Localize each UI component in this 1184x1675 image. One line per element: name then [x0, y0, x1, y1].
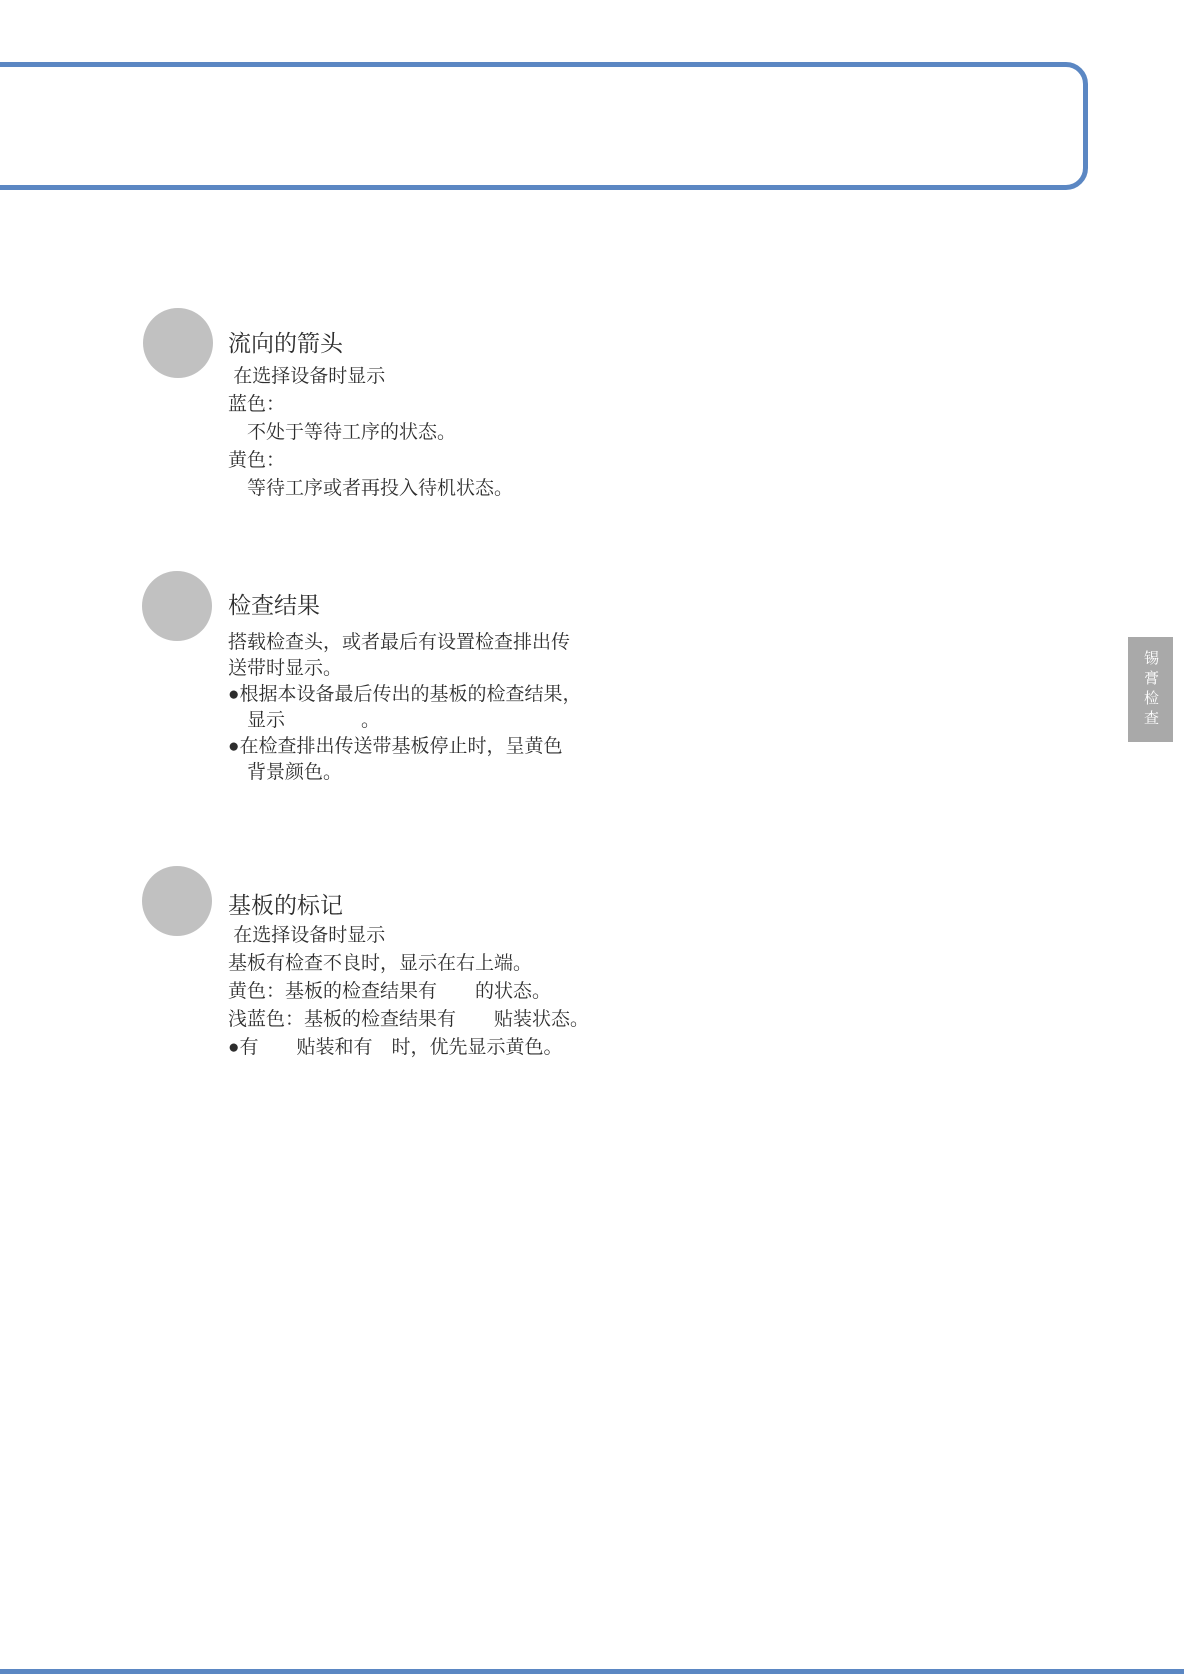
- text-line: ●根据本设备最后传出的基板的检查结果，: [228, 682, 581, 708]
- text-line: 送带时显示。: [228, 656, 581, 682]
- section-body: 搭载检查头，或者最后有设置检查排出传 送带时显示。 ●根据本设备最后传出的基板的…: [228, 630, 581, 786]
- text-line: 等待工序或者再投入待机状态。: [228, 475, 513, 503]
- text-line: 蓝色：: [228, 391, 513, 419]
- text-line: 不处于等待工序的状态。: [228, 419, 513, 447]
- chapter-tab-label: 锡膏检查: [1140, 650, 1161, 730]
- chapter-tab-solder-paste-inspection: 锡膏检查: [1128, 637, 1173, 742]
- text-line: 黄色：基板的检查结果有 的状态。: [228, 978, 589, 1006]
- section-title: 检查结果: [228, 592, 320, 618]
- text-line: 搭载检查头，或者最后有设置检查排出传: [228, 630, 581, 656]
- section-title: 流向的箭头: [228, 330, 343, 356]
- header-callout-box: [0, 62, 1088, 190]
- manual-page: 流向的箭头 在选择设备时显示 蓝色： 不处于等待工序的状态。 黄色： 等待工序或…: [0, 0, 1184, 1675]
- section-body: 在选择设备时显示 基板有检查不良时，显示在右上端。 黄色：基板的检查结果有 的状…: [228, 922, 589, 1062]
- section-number-circle: [143, 308, 213, 378]
- section-body: 在选择设备时显示 蓝色： 不处于等待工序的状态。 黄色： 等待工序或者再投入待机…: [228, 363, 513, 503]
- text-line: 显示 。: [228, 708, 581, 734]
- text-line: 在选择设备时显示: [228, 922, 589, 950]
- text-line: 背景颜色。: [228, 760, 581, 786]
- footer-rule: [0, 1669, 1184, 1674]
- text-line: 在选择设备时显示: [228, 363, 513, 391]
- text-line: 黄色：: [228, 447, 513, 475]
- text-line: ●有 贴装和有 时，优先显示黄色。: [228, 1034, 589, 1062]
- text-line: 浅蓝色：基板的检查结果有 贴装状态。: [228, 1006, 589, 1034]
- section-number-circle: [142, 866, 212, 936]
- section-title: 基板的标记: [228, 892, 343, 918]
- text-line: ●在检查排出传送带基板停止时，呈黄色: [228, 734, 581, 760]
- text-line: 基板有检查不良时，显示在右上端。: [228, 950, 589, 978]
- section-number-circle: [142, 571, 212, 641]
